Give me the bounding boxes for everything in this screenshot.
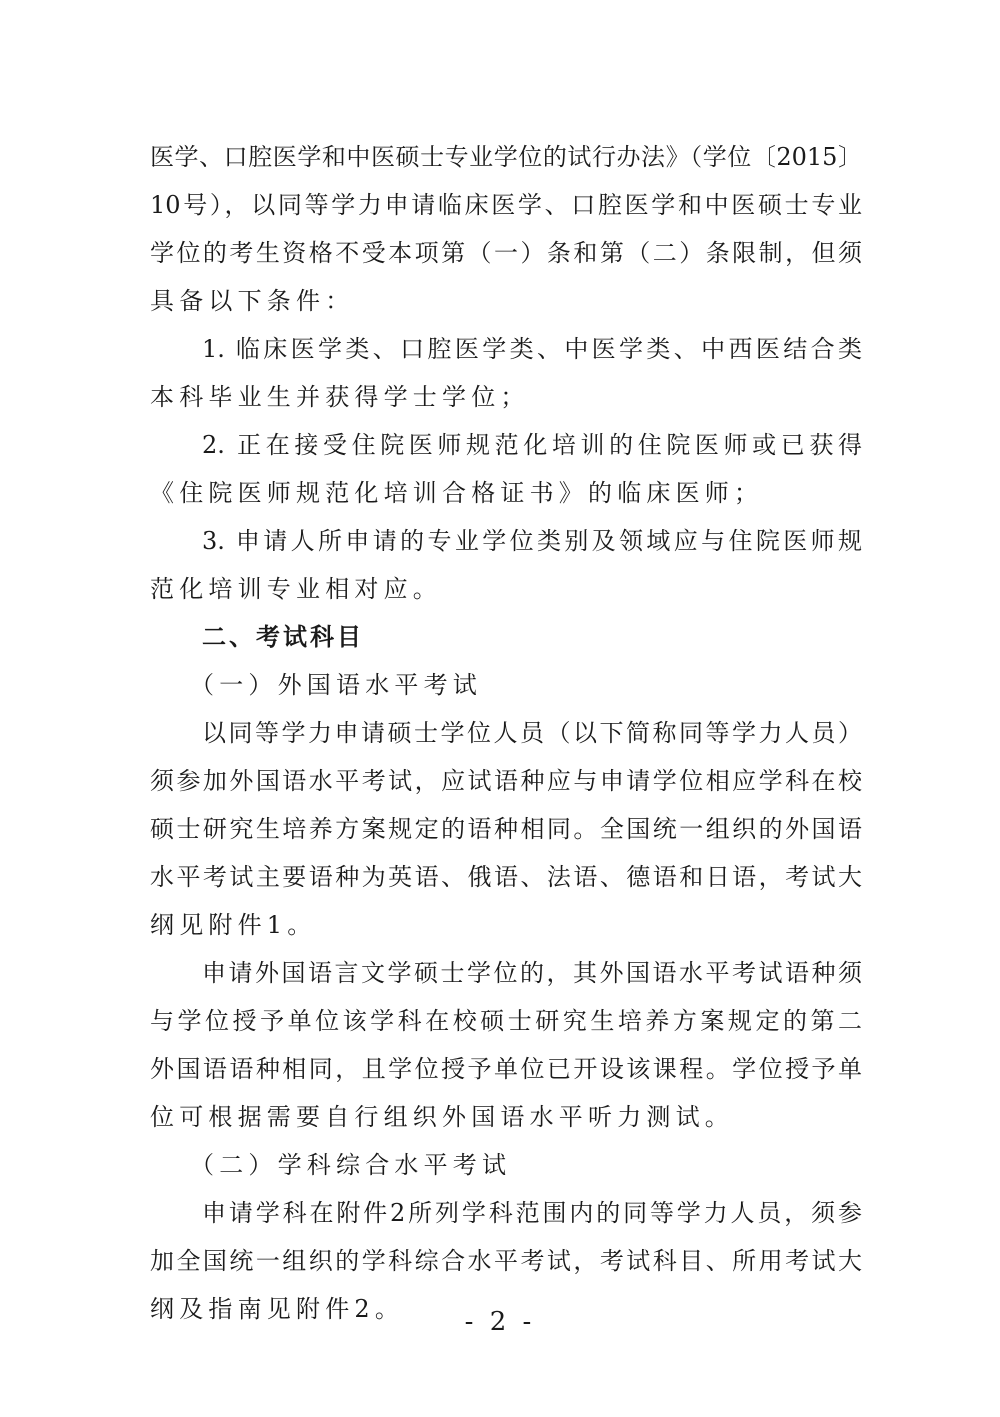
paragraph-line: 《住院医师规范化培训合格证书》的临床医师； [150,478,763,508]
subsection-heading: （二）学科综合水平考试 [190,1150,511,1180]
paragraph-line: 10号），以同等学力申请临床医学、口腔医学和中医硕士专业 [150,190,862,220]
paragraph-line: 纲见附件1。 [150,910,316,940]
paragraph-line: 范化培训专业相对应。 [150,574,442,604]
page-number: - 2 - [0,1307,1000,1337]
paragraph-line: 申请学科在附件2所列学科范围内的同等学力人员，须参 [202,1198,862,1228]
subsection-heading: （一）外国语水平考试 [190,670,482,700]
paragraph-line: 本科毕业生并获得学士学位； [150,382,530,412]
paragraph-line: 申请外国语言文学硕士学位的，其外国语水平考试语种须 [202,958,862,988]
paragraph-line: 与学位授予单位该学科在校硕士研究生培养方案规定的第二 [150,1006,862,1036]
paragraph-line: 加全国统一组织的学科综合水平考试，考试科目、所用考试大 [150,1246,862,1276]
paragraph-line: 硕士研究生培养方案规定的语种相同。全国统一组织的外国语 [150,814,862,844]
list-item-1: 1. 临床医学类、口腔医学类、中医学类、中西医结合类 [202,334,862,364]
paragraph-line: 位可根据需要自行组织外国语水平听力测试。 [150,1102,734,1132]
paragraph-line: 外国语语种相同，且学位授予单位已开设该课程。学位授予单 [150,1054,862,1084]
section-heading: 二、考试科目 [202,622,364,652]
list-item-2: 2. 正在接受住院医师规范化培训的住院医师或已获得 [202,430,862,460]
paragraph-line: 以同等学力申请硕士学位人员（以下简称同等学力人员） [202,718,862,748]
paragraph-line: 水平考试主要语种为英语、俄语、法语、德语和日语，考试大 [150,862,862,892]
paragraph-line: 须参加外国语水平考试，应试语种应与申请学位相应学科在校 [150,766,862,796]
paragraph-line: 学位的考生资格不受本项第（一）条和第（二）条限制，但须 [150,238,862,268]
list-item-3: 3. 申请人所申请的专业学位类别及领域应与住院医师规 [202,526,862,556]
paragraph-line: 具备以下条件： [150,286,354,316]
paragraph-line: 医学、口腔医学和中医硕士专业学位的试行办法》（学位〔2015〕 [150,142,862,172]
